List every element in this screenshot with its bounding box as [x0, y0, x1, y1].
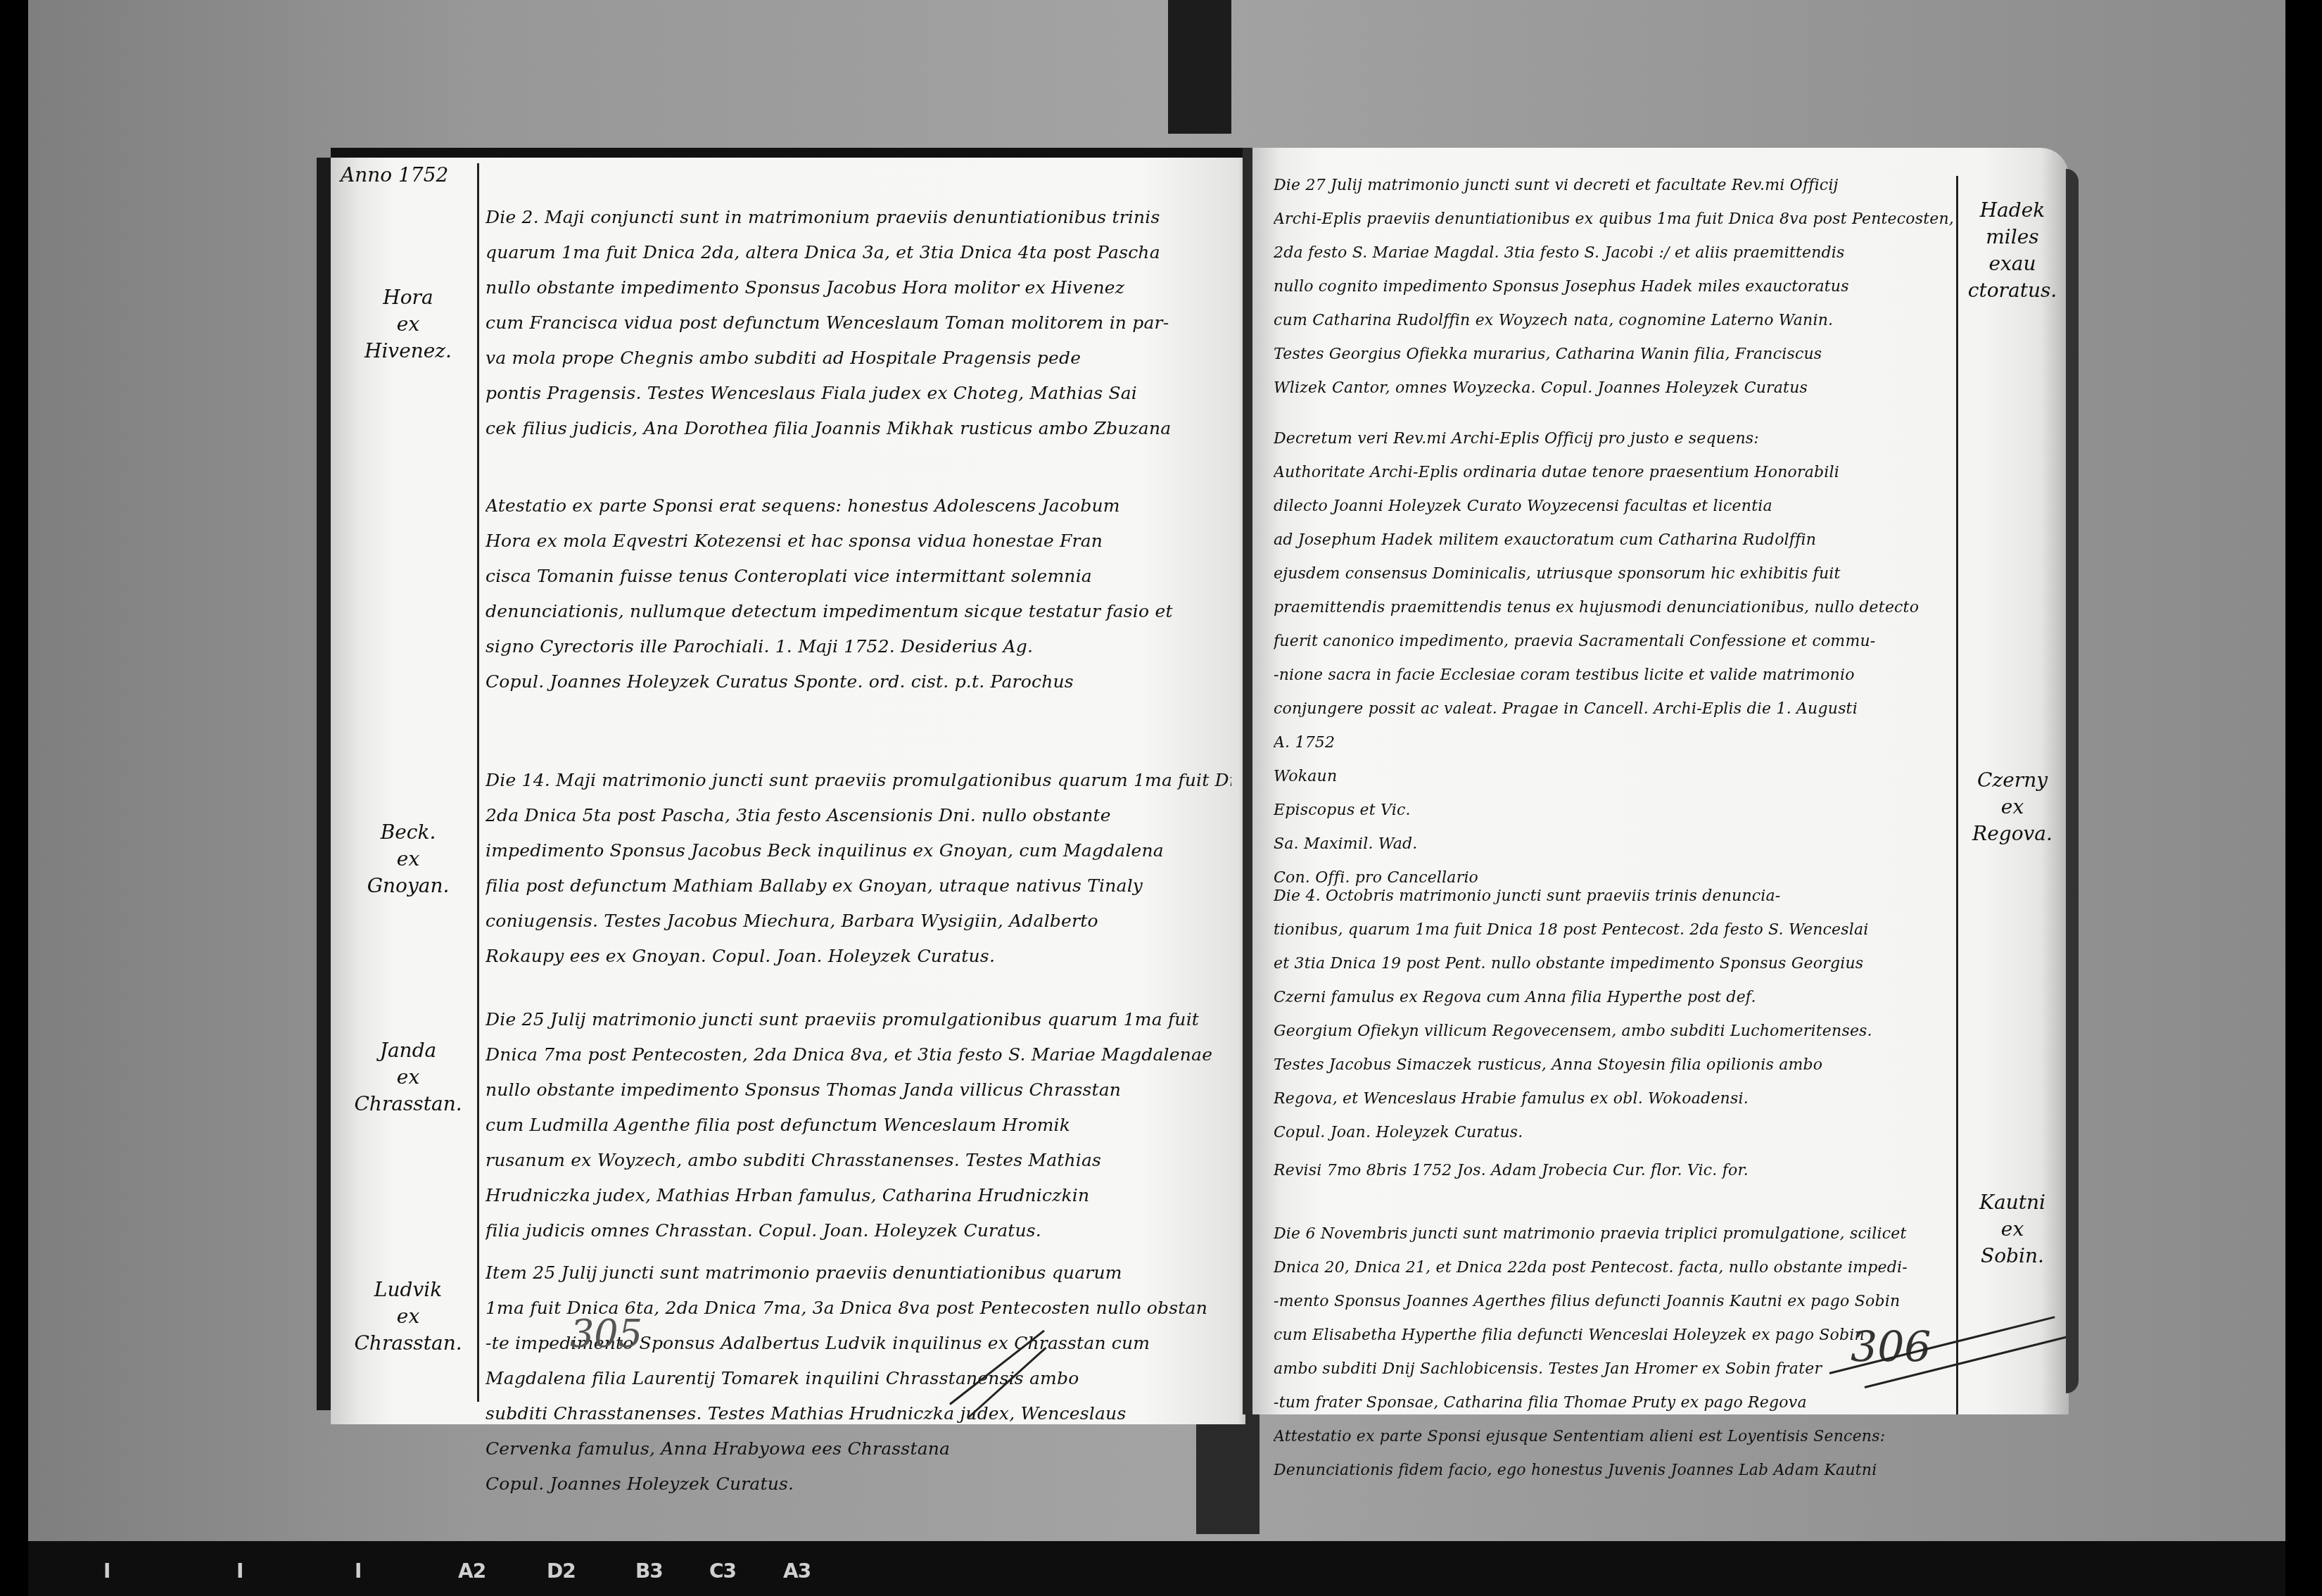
margin-note-line: ex	[345, 1303, 471, 1330]
film-target-label: A3	[783, 1559, 811, 1583]
margin-note-line: ex	[1963, 1216, 2062, 1243]
film-target-strip	[28, 1541, 2285, 1596]
entry-line: 2da festo S. Mariae Magdal. 3tia festo S…	[1274, 236, 1956, 270]
entry-line: pontis Pragensis. Testes Wenceslaus Fial…	[486, 376, 1231, 411]
book-edge-right	[2066, 169, 2079, 1393]
entry-line: subditi Chrasstanenses. Testes Mathias H…	[486, 1396, 1231, 1431]
film-target-label: A2	[458, 1559, 486, 1583]
entry-line: tionibus, quarum 1ma fuit Dnica 18 post …	[1274, 913, 1956, 947]
entry-line: Die 4. Octobris matrimonio juncti sunt p…	[1274, 880, 1956, 913]
entry-line: Hrudniczka judex, Mathias Hrban famulus,…	[486, 1178, 1231, 1213]
entry-line: Attestatio ex parte Sponsi ejusque Sente…	[1274, 1420, 1956, 1454]
margin-rule-left	[477, 163, 479, 1402]
entry-line: Cervenka famulus, Anna Hrabyowa ees Chra…	[486, 1431, 1231, 1467]
margin-note-line: Janda	[345, 1037, 471, 1064]
entry-line: Wokaun	[1274, 760, 1956, 794]
entry-line: Archi-Eplis praeviis denuntiationibus ex…	[1274, 203, 1956, 236]
entry-line: Sa. Maximil. Wad.	[1274, 828, 1956, 861]
film-target-label: I	[103, 1559, 110, 1583]
entry-line: dilecto Joanni Holeyzek Curato Woyzecens…	[1274, 490, 1956, 524]
entry-line: Magdalena filia Laurentij Tomarek inquil…	[486, 1361, 1231, 1396]
film-border-left	[0, 0, 28, 1596]
entry-line: et 3tia Dnica 19 post Pent. nullo obstan…	[1274, 947, 1956, 981]
margin-note-line: ex	[345, 846, 471, 873]
entry-line: Regova, et Wenceslaus Hrabie famulus ex …	[1274, 1082, 1956, 1116]
entry-line: filia judicis omnes Chrasstan. Copul. Jo…	[486, 1213, 1231, 1248]
entry-line: coniugensis. Testes Jacobus Miechura, Ba…	[486, 904, 1231, 939]
entry-line: nullo obstante impedimento Sponsus Jacob…	[486, 270, 1231, 305]
entry-line: Denunciationis fidem facio, ego honestus…	[1274, 1454, 1956, 1488]
entry-line: quarum 1ma fuit Dnica 2da, altera Dnica …	[486, 235, 1231, 270]
margin-note: Beck.exGnoyan.	[345, 819, 471, 899]
margin-note-line: ex	[345, 311, 471, 338]
entry-line: cum Ludmilla Agenthe filia post defunctu…	[486, 1108, 1231, 1143]
margin-note-line: Hora	[345, 284, 471, 311]
entry-line: Die 6 Novembris juncti sunt matrimonio p…	[1274, 1217, 1956, 1251]
margin-note-line: Chrasstan.	[345, 1330, 471, 1357]
entry-line: Hora ex mola Eqvestri Kotezensi et hac s…	[486, 524, 1231, 559]
entry-line: cum Catharina Rudolffin ex Woyzech nata,…	[1274, 304, 1956, 338]
entry-line: cum Francisca vidua post defunctum Wence…	[486, 305, 1231, 341]
entry-line: Revisi 7mo 8bris 1752 Jos. Adam Jrobecia…	[1274, 1154, 1956, 1188]
register-entry: Die 27 Julij matrimonio juncti sunt vi d…	[1274, 169, 1956, 405]
margin-note-line: Regova.	[1963, 821, 2062, 847]
film-target-label: I	[236, 1559, 243, 1583]
entry-line: -nione sacra in facie Ecclesiae coram te…	[1274, 659, 1956, 692]
film-target-label: D2	[547, 1559, 576, 1583]
entry-line: Copul. Joan. Holeyzek Curatus.	[1274, 1116, 1956, 1150]
margin-note: Hadekmiles exauctoratus.	[1963, 197, 2062, 304]
entry-line: denunciationis, nullumque detectum imped…	[486, 594, 1231, 629]
entry-line: signo Cyrectoris ille Parochiali. 1. Maj…	[486, 629, 1231, 664]
entry-line: Copul. Joannes Holeyzek Curatus Sponte. …	[486, 664, 1231, 699]
entry-line: Testes Georgius Ofiekka murarius, Cathar…	[1274, 338, 1956, 372]
register-entry: Decretum veri Rev.mi Archi-Eplis Officij…	[1274, 422, 1956, 895]
margin-note-line: ex	[345, 1064, 471, 1091]
film-target-label: I	[355, 1559, 361, 1583]
book-edge-left	[317, 158, 332, 1410]
register-entry: Item 25 Julij juncti sunt matrimonio pra…	[486, 1255, 1231, 1502]
entry-line: cisca Tomanin fuisse tenus Conteroplati …	[486, 559, 1231, 594]
register-entry: Die 14. Maji matrimonio juncti sunt prae…	[486, 763, 1231, 974]
entry-line: nullo cognito impedimento Sponsus Joseph…	[1274, 270, 1956, 304]
margin-note-line: Gnoyan.	[345, 873, 471, 899]
entry-line: Authoritate Archi-Eplis ordinaria dutae …	[1274, 456, 1956, 490]
entry-line: Georgium Ofiekyn villicum Regovecensem, …	[1274, 1015, 1956, 1049]
entry-line: Rokaupy ees ex Gnoyan. Copul. Joan. Hole…	[486, 939, 1231, 974]
entry-line: nullo obstante impedimento Sponsus Thoma…	[486, 1072, 1231, 1108]
entry-line: A. 1752	[1274, 726, 1956, 760]
left-page: Anno 1752 HoraexHivenez.Beck.exGnoyan.Ja…	[331, 148, 1245, 1424]
margin-note: KautniexSobin.	[1963, 1189, 2062, 1269]
entry-line: -mento Sponsus Joannes Agerthes filius d…	[1274, 1285, 1956, 1319]
film-holder-clip-top	[1168, 0, 1231, 134]
entry-line: Copul. Joannes Holeyzek Curatus.	[486, 1467, 1231, 1502]
year-header: Anno 1752	[341, 163, 448, 186]
margin-note-line: Sobin.	[1963, 1243, 2062, 1269]
entry-line: praemittendis praemittendis tenus ex huj…	[1274, 591, 1956, 625]
entry-line: Dnica 20, Dnica 21, et Dnica 22da post P…	[1274, 1251, 1956, 1285]
entry-line: Die 14. Maji matrimonio juncti sunt prae…	[486, 763, 1231, 798]
margin-note-line: Hadek	[1963, 197, 2062, 224]
entry-line: Die 27 Julij matrimonio juncti sunt vi d…	[1274, 169, 1956, 203]
margin-note: JandaexChrasstan.	[345, 1037, 471, 1117]
entry-line: Item 25 Julij juncti sunt matrimonio pra…	[486, 1255, 1231, 1291]
entry-line: Czerni famulus ex Regova cum Anna filia …	[1274, 981, 1956, 1015]
entry-line: va mola prope Chegnis ambo subditi ad Ho…	[486, 341, 1231, 376]
margin-note: CzernyexRegova.	[1963, 767, 2062, 847]
margin-note-line: Ludvik	[345, 1277, 471, 1303]
margin-note-line: ex	[1963, 794, 2062, 821]
film-target-label: B3	[635, 1559, 663, 1583]
entry-line: conjungere possit ac valeat. Pragae in C…	[1274, 692, 1956, 726]
register-entry: Die 25 Julij matrimonio juncti sunt prae…	[486, 1002, 1231, 1248]
entry-line: Testes Jacobus Simaczek rusticus, Anna S…	[1274, 1049, 1956, 1082]
entry-line: Dnica 7ma post Pentecosten, 2da Dnica 8v…	[486, 1037, 1231, 1072]
margin-rule-right	[1956, 176, 1958, 1414]
right-page: Die 27 Julij matrimonio juncti sunt vi d…	[1252, 148, 2069, 1414]
entry-line: Die 25 Julij matrimonio juncti sunt prae…	[486, 1002, 1231, 1037]
margin-note: HoraexHivenez.	[345, 284, 471, 365]
margin-note-line: Hivenez.	[345, 338, 471, 365]
entry-line: Die 2. Maji conjuncti sunt in matrimoniu…	[486, 200, 1231, 235]
register-entry: Revisi 7mo 8bris 1752 Jos. Adam Jrobecia…	[1274, 1154, 1956, 1188]
margin-note-line: Chrasstan.	[345, 1091, 471, 1117]
entry-line: 2da Dnica 5ta post Pascha, 3tia festo As…	[486, 798, 1231, 833]
film-target-label: C3	[709, 1559, 736, 1583]
entry-line: Decretum veri Rev.mi Archi-Eplis Officij…	[1274, 422, 1956, 456]
entry-line: rusanum ex Woyzech, ambo subditi Chrasst…	[486, 1143, 1231, 1178]
entry-line: ejusdem consensus Dominicalis, utriusque…	[1274, 557, 1956, 591]
register-entry: Die 4. Octobris matrimonio juncti sunt p…	[1274, 880, 1956, 1150]
entry-line: filia post defunctum Mathiam Ballaby ex …	[486, 868, 1231, 904]
entry-line: ad Josephum Hadek militem exauctoratum c…	[1274, 524, 1956, 557]
entry-line: fuerit canonico impedimento, praevia Sac…	[1274, 625, 1956, 659]
page-number-left: 305	[570, 1312, 642, 1356]
margin-note-line: Kautni	[1963, 1189, 2062, 1216]
margin-note-line: Beck.	[345, 819, 471, 846]
open-register-book: Anno 1752 HoraexHivenez.Beck.exGnoyan.Ja…	[331, 148, 2076, 1421]
margin-note: LudvikexChrasstan.	[345, 1277, 471, 1357]
register-entry: Die 2. Maji conjuncti sunt in matrimoniu…	[486, 200, 1231, 446]
entry-line: impedimento Sponsus Jacobus Beck inquili…	[486, 833, 1231, 868]
margin-note-line: miles exau	[1963, 224, 2062, 277]
margin-note-line: ctoratus.	[1963, 277, 2062, 304]
entry-line: Wlizek Cantor, omnes Woyzecka. Copul. Jo…	[1274, 372, 1956, 405]
margin-note-line: Czerny	[1963, 767, 2062, 794]
film-border-right	[2285, 0, 2322, 1596]
entry-line: -tum frater Sponsae, Catharina filia Tho…	[1274, 1386, 1956, 1420]
entry-line: Atestatio ex parte Sponsi erat sequens: …	[486, 488, 1231, 524]
entry-line: cek filius judicis, Ana Dorothea filia J…	[486, 411, 1231, 446]
entry-line: Episcopus et Vic.	[1274, 794, 1956, 828]
register-entry: Atestatio ex parte Sponsi erat sequens: …	[486, 488, 1231, 699]
